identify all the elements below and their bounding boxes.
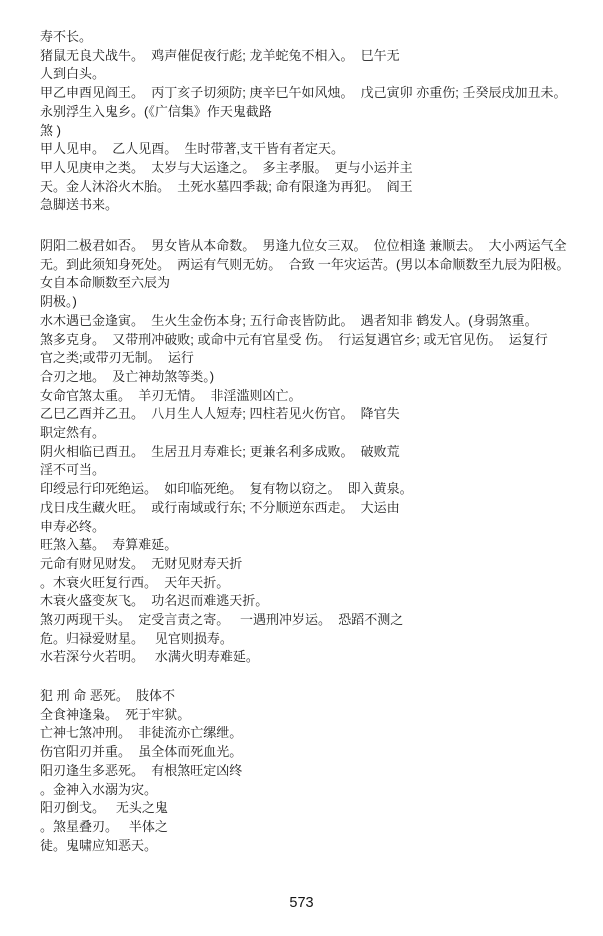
document-page: 寿不长。猪鼠无良犬战牛。 鸡声催促夜行彪; 龙羊蛇兔不相入。 巳午无人到白头。甲…: [0, 0, 603, 936]
text-block-1: 寿不长。猪鼠无良犬战牛。 鸡声催促夜行彪; 龙羊蛇兔不相入。 巳午无人到白头。甲…: [40, 28, 595, 215]
page-number: 573: [0, 895, 603, 911]
text-line: 旺煞入墓。 寿算难延。: [40, 536, 595, 555]
text-line: 亡神七煞冲刑。 非徒流亦亡缧绁。: [40, 724, 595, 743]
text-line: 阴火相临已酉丑。 生居丑月寿难长; 更兼名利多成败。 破败荒: [40, 443, 595, 462]
text-line: 水木遇已金逢寅。 生火生金伤本身; 五行命丧皆防此。 遇者知非 鹤发人。(身弱煞…: [40, 312, 595, 331]
text-line: 阳刃倒戈。 无头之鬼: [40, 799, 595, 818]
text-line: 戊日戌生藏火旺。 或行南域或行东; 不分顺逆东西走。 大运由: [40, 499, 595, 518]
text-line: 伤官阳刃并重。 虽全体而死血光。: [40, 743, 595, 762]
text-line: 阴阳二极君如否。 男女皆从本命数。 男逢九位女三双。 位位相逢 兼顺去。 大小两…: [40, 237, 595, 256]
text-line: 天。金人沐浴火木胎。 土死水墓四季裁; 命有限逢为再犯。 阎王: [40, 178, 595, 197]
text-line: 犯 刑 命 恶死。 肢体不: [40, 687, 595, 706]
text-line: 煞多克身。 又带刑冲破败; 或命中元有官星受 伤。 行运复遇官乡; 或无官见伤。…: [40, 331, 595, 350]
text-line: 淫不可当。: [40, 461, 595, 480]
text-line: 阴极。): [40, 293, 595, 312]
text-line: 女命官煞太重。 羊刃无情。 非淫滥则凶亡。: [40, 387, 595, 406]
text-line: 危。归禄爱财星。 见官则损寿。: [40, 630, 595, 649]
text-line: 甲乙申酉见阎王。 丙丁亥子切须防; 庚辛巳午如风烛。 戊己寅卯 亦重伤; 壬癸辰…: [40, 84, 595, 103]
text-line: 寿不长。: [40, 28, 595, 47]
text-line: 煞刃两现干头。 定受言责之寄。 一遇刑冲岁运。 恐蹈不测之: [40, 611, 595, 630]
text-line: 急脚送书来。: [40, 196, 595, 215]
text-line: 无。到此须知身死处。 两运有气则无妨。 合致 一年灾运苦。(男以本命顺数至九辰为…: [40, 256, 595, 275]
text-line: 女自本命顺数至六辰为: [40, 274, 595, 293]
text-line: 水若深兮火若明。 水满火明寿难延。: [40, 648, 595, 667]
text-line: 申寿必终。: [40, 518, 595, 537]
text-line: 印绶忌行印死绝运。 如印临死绝。 复有物以窃之。 即入黄泉。: [40, 480, 595, 499]
text-line: 乙巳乙酉并乙丑。 八月生人人短寿; 四柱若见火伤官。 降官失: [40, 405, 595, 424]
text-line: 官之类;或带刃无制。 运行: [40, 349, 595, 368]
text-line: 全食神逢枭。 死于牢狱。: [40, 706, 595, 725]
text-line: 职定然有。: [40, 424, 595, 443]
text-line: 。煞星叠刃。 半体之: [40, 818, 595, 837]
text-line: 合刃之地。 及亡神劫煞等类。): [40, 368, 595, 387]
text-line: 甲人见申。 乙人见酉。 生时带著,支干皆有者定天。: [40, 140, 595, 159]
text-block-2: 阴阳二极君如否。 男女皆从本命数。 男逢九位女三双。 位位相逢 兼顺去。 大小两…: [40, 237, 595, 667]
text-line: 阳刃逢生多恶死。 有根煞旺定凶终: [40, 762, 595, 781]
text-line: 。木衰火旺复行西。 天年天折。: [40, 574, 595, 593]
text-block-3: 犯 刑 命 恶死。 肢体不全食神逢枭。 死于牢狱。亡神七煞冲刑。 非徒流亦亡缧绁…: [40, 687, 595, 855]
text-line: 猪鼠无良犬战牛。 鸡声催促夜行彪; 龙羊蛇兔不相入。 巳午无: [40, 47, 595, 66]
text-line: 煞 ): [40, 122, 595, 141]
text-line: 。金神入水溺为灾。: [40, 781, 595, 800]
text-line: 徒。鬼啸应知恶天。: [40, 837, 595, 856]
text-line: 永别浮生入鬼乡。(《广信集》作天鬼截路: [40, 103, 595, 122]
text-line: 元命有财见财发。 无财见财寿天折: [40, 555, 595, 574]
text-line: 甲人见庚申之类。 太岁与大运逢之。 多主孝服。 更与小运并主: [40, 159, 595, 178]
text-line: 人到白头。: [40, 65, 595, 84]
text-line: 木衰火盛变灰飞。 功名迟而难逃天折。: [40, 592, 595, 611]
